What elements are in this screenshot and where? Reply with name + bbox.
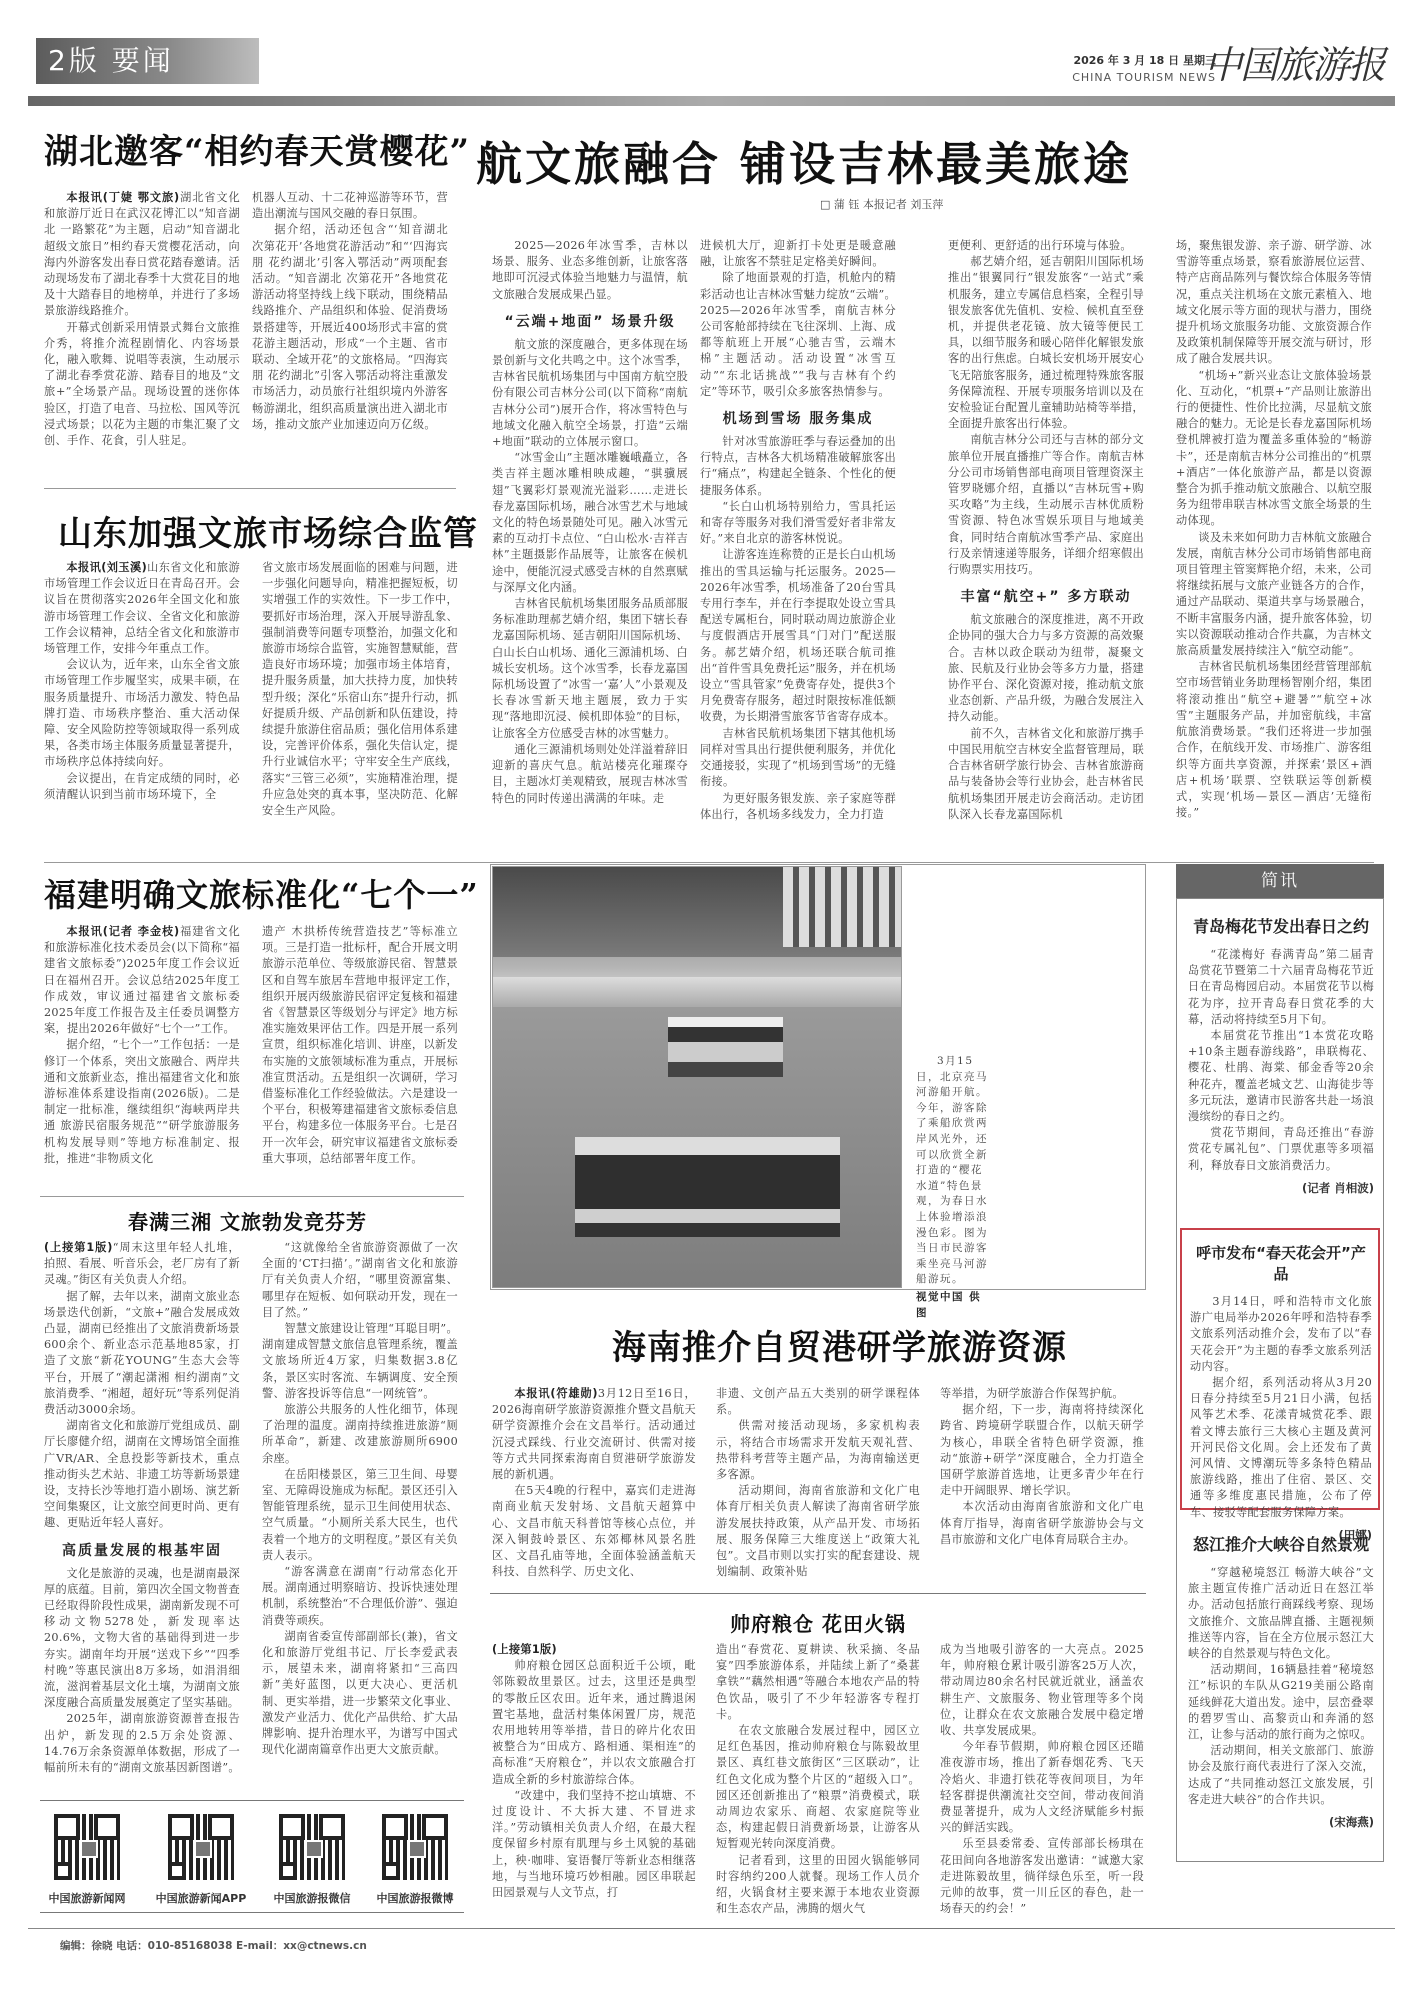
- paragraph: (上接第1版): [492, 1642, 696, 1658]
- paragraph: 记者看到，这里的田园火锅能够同时容纳约200人就餐。现场工作人员介绍，火锅食材主…: [716, 1853, 920, 1918]
- english-name: CHINA TOURISM NEWS: [1072, 71, 1216, 84]
- paragraph: 在农文旅融合发展过程中，园区立足红色基因，推动帅府粮仓与陈毅故里景区、真红巷文旅…: [716, 1723, 920, 1853]
- paragraph: “长白山机场特别给力，雪具托运和寄存等服务对我们滑雪爱好者非常友好。”来自北京的…: [700, 499, 896, 548]
- paragraph: 为更好服务银发族、亲子家庭等群体出行，各机场多线发力，全力打造: [700, 791, 896, 823]
- headline-shandong: 山东加强文旅市场综合监管: [58, 506, 478, 555]
- paragraph: 机器人互动、十二花神巡游等环节，营造出潮流与国风交融的春日氛围。: [252, 190, 448, 222]
- caption-text: 3月15日，北京亮马河游船开航。今年，游客除了乘船欣赏两岸风光外，还可以欣赏全新…: [916, 1054, 992, 1288]
- qr-website[interactable]: 中国旅游新闻网: [42, 1812, 132, 1906]
- paragraph: 据介绍，下一步，海南将持续深化跨省、跨境研学联盟合作，以航天研学为核心，串联全省…: [940, 1402, 1144, 1499]
- fujian-col-1: 本报讯(记者 李金枝)福建省文化和旅游标准化技术委员会(以下简称“福建省文旅标委…: [44, 924, 240, 1167]
- paragraph: 针对冰雪旅游旺季与春运叠加的出行特点，吉林各大机场精准破解旅客出行“痛点”，构建…: [700, 434, 896, 499]
- subheading: 机场到雪场 服务集成: [700, 408, 896, 428]
- paragraph: 让游客连连称赞的正是长白山机场推出的雪具运输与托运服务。2025—2026年冰雪…: [700, 547, 896, 725]
- paragraph: 吉林省民航机场集团经营管理部航空市场营销业务助理杨智刚介绍，集团将滚动推出“航空…: [1176, 659, 1372, 821]
- paragraph: 南航吉林分公司还与吉林的部分文旅单位开展直播推广等合作。南航吉林分公司市场销售部…: [948, 432, 1144, 578]
- lead-tag: (上接第1版): [44, 1241, 113, 1254]
- lead-tag: 本报讯(符雄勋): [514, 1387, 597, 1400]
- paragraph: 遗产 木拱桥传统营造技艺”等标准立项。三是打造一批标杆，配合开展文明旅游示范单位…: [262, 924, 458, 1167]
- paragraph: “这就像给全省旅游资源做了一次全面的‘CT扫描’。”湖南省文化和旅游厅有关负责人…: [262, 1240, 458, 1321]
- divider: [44, 862, 1374, 863]
- paragraph: 据介绍，系列活动将从3月20日春分持续至5月21日小满，包括风筝艺术季、花漾青城…: [1190, 1375, 1372, 1521]
- paragraph: 航文旅融合的深度推进，离不开政企协同的强大合力与多方资源的高效聚合。吉林以政企联…: [948, 612, 1144, 725]
- paragraph: 会议认为，近年来，山东全省文旅市场管理工作步履坚实，成果丰硕，在服务质量提升、市…: [44, 657, 240, 770]
- paragraph: 在5天4晚的行程中，嘉宾们走进海南商业航天发射场、文昌航天超算中心、文昌市航天科…: [492, 1483, 696, 1580]
- footer-editor-info: 编辑：徐晓 电话：010-85168038 E-mail：xx@ctnews.c…: [60, 1938, 367, 1953]
- divider: [40, 1196, 464, 1197]
- paragraph: “改建中，我们坚持不挖山填塘、不过度设计、不大拆大建、不冒进求洋。”劳动镇相关负…: [492, 1788, 696, 1901]
- shuaifu-col-2: 造出“春赏花、夏耕读、秋采摘、冬品宴”四季旅游体系，并陆续上新了“桑葚拿铁”“藕…: [716, 1642, 920, 1917]
- paragraph: 谈及未来如何助力吉林航文旅融合发展，南航吉林分公司市场销售部电商项目管理主管窦辉…: [1176, 530, 1372, 660]
- headline-hainan: 海南推介自贸港研学旅游资源: [612, 1320, 1067, 1369]
- photo-credit: 视觉中国 供图: [916, 1290, 992, 1321]
- shandong-col-1: 本报讯(刘玉溪)山东省文化和旅游市场管理工作会议近日在青岛召开。会议旨在贯彻落实…: [44, 560, 240, 803]
- paragraph: 活动期间，相关文旅部门、旅游协会及旅行商代表进行了深入交流，达成了“共同推动怒江…: [1188, 1743, 1374, 1808]
- lead-tag: (上接第1版): [492, 1643, 557, 1656]
- paragraph: 湖南省文化和旅游厅党组成员、副厅长廖健介绍，湖南在文博场馆全面推广VR/AR、全…: [44, 1418, 240, 1531]
- paragraph: 活动期间，海南省旅游和文化广电体育厅相关负责人解读了海南省研学旅游发展扶持政策，…: [716, 1483, 920, 1580]
- qr-label: 中国旅游新闻网: [42, 1890, 132, 1906]
- lead-tag: 本报讯(记者 李金枝): [66, 925, 179, 938]
- paragraph: 今年春节假期，帅府粮仓园区还瞄准夜游市场，推出了新春烟花秀、飞天冷焰火、非遗打铁…: [940, 1739, 1144, 1836]
- hunan-col-1: (上接第1版)“周末这里年轻人扎堆，拍照、看展、听音乐会，老厂房有了新灵魂。”街…: [44, 1240, 240, 1776]
- paragraph: 赏花节期间，青岛还推出“春游赏花专属礼包”、门票优惠等多项福利，释放春日文旅消费…: [1188, 1125, 1374, 1174]
- briefs-header: 简讯: [1176, 864, 1384, 898]
- paragraph: 文化是旅游的灵魂，也是湖南最深厚的底蕴。目前，第四次全国文物普查已经取得阶段性成…: [44, 1566, 240, 1712]
- paragraph: 通化三源浦机场则处处洋溢着辞旧迎新的喜庆气息。航站楼亮化璀璨夺目，主题冰灯美观精…: [492, 742, 688, 807]
- headline-fujian: 福建明确文旅标准化“七个一”: [44, 870, 479, 916]
- paragraph: 造出“春赏花、夏耕读、秋采摘、冬品宴”四季旅游体系，并陆续上新了“桑葚拿铁”“藕…: [716, 1642, 920, 1723]
- headline-shuaifu: 帅府粮仓 花田火锅: [730, 1608, 906, 1637]
- paragraph: 本报讯(丁婕 鄂文旅)湖北省文化和旅游厅近日在武汉花博汇以“知音湖北 一路繁花”…: [44, 190, 240, 320]
- paragraph: 2025—2026年冰雪季，吉林以场景、服务、业态多维创新，让旅客落地即可沉浸式…: [492, 238, 688, 303]
- photo-caption: 3月15日，北京亮马河游船开航。今年，游客除了乘船欣赏两岸风光外，还可以欣赏全新…: [916, 1054, 992, 1321]
- paragraph: 3月14日，呼和浩特市文化旅游广电局举办2026年呼和浩特春季文旅系列活动推介会…: [1190, 1294, 1372, 1375]
- hainan-col-1: 本报讯(符雄勋)3月12日至16日，2026海南研学旅游资源推介暨文昌航天研学资…: [492, 1386, 696, 1580]
- paragraph: 本报讯(符雄勋)3月12日至16日，2026海南研学旅游资源推介暨文昌航天研学资…: [492, 1386, 696, 1483]
- qr-label: 中国旅游报微信: [262, 1890, 362, 1906]
- paragraph: 会议提出，在肯定成绩的同时，必须清醒认识到当前市场环境下，全: [44, 771, 240, 803]
- subheading: “云端+地面” 场景升级: [492, 311, 688, 331]
- hunan-col-2: “这就像给全省旅游资源做了一次全面的‘CT扫描’。”湖南省文化和旅游厅有关负责人…: [262, 1240, 458, 1759]
- paragraph: 本报讯(刘玉溪)山东省文化和旅游市场管理工作会议近日在青岛召开。会议旨在贯彻落实…: [44, 560, 240, 657]
- paragraph: 本报讯(记者 李金枝)福建省文化和旅游标准化技术委员会(以下简称“福建省文旅标委…: [44, 924, 240, 1037]
- shandong-col-2: 省文旅市场发展面临的困难与问题，进一步强化问题导向，精准把握短板，切实增强工作的…: [262, 560, 458, 819]
- paragraph: 非遗、文创产品五大类别的研学课程体系。: [716, 1386, 920, 1418]
- newspaper-logo: 中国旅游报: [1204, 34, 1384, 89]
- headline-hunan: 春满三湘 文旅勃发竞芬芳: [128, 1206, 367, 1235]
- hainan-col-3: 等举措，为研学旅游合作保驾护航。 据介绍，下一步，海南将持续深化跨省、跨境研学联…: [940, 1386, 1144, 1548]
- paragraph: 成为当地吸引游客的一大亮点。2025年，帅府粮仓累计吸引游客25万人次，带动周边…: [940, 1642, 1144, 1739]
- brief-byline: (记者 肖相波): [1188, 1180, 1374, 1196]
- paragraph: 场，聚焦银发游、亲子游、研学游、冰雪游等重点场景，察看旅游展位运营、特产店商品陈…: [1176, 238, 1372, 368]
- fujian-col-2: 遗产 木拱桥传统营造技艺”等标准立项。三是打造一批标杆，配合开展文明旅游示范单位…: [262, 924, 458, 1167]
- paragraph: 湖南省委宣传部副部长(兼)，省文化和旅游厅党组书记、厅长李爱武表示，展望未来，湖…: [262, 1629, 458, 1759]
- paragraph: 更便利、更舒适的出行环境与体验。: [948, 238, 1144, 254]
- qr-app[interactable]: 中国旅游新闻APP: [146, 1812, 256, 1906]
- paragraph: 在岳阳楼景区，第三卫生间、母婴室、无障碍设施成为标配。景区还引入智能管理系统，显…: [262, 1467, 458, 1564]
- qr-weibo[interactable]: 中国旅游报微博: [366, 1812, 464, 1906]
- masthead-bar: [28, 96, 1395, 106]
- divider: [490, 1593, 1146, 1594]
- qr-code-icon: [166, 1812, 236, 1882]
- divider: [480, 1928, 1180, 1929]
- qr-wechat[interactable]: 中国旅游报微信: [262, 1812, 362, 1906]
- paragraph: 乐至县委常委、宣传部部长杨琪在花田间向各地游客发出邀请：“诚邀大家走进陈毅故里，…: [940, 1836, 1144, 1917]
- boat-far: [668, 1017, 783, 1077]
- paragraph: 开幕式创新采用情景式舞台文旅推介秀，将推介流程剧情化、内容场景化，融入歌舞、说唱…: [44, 320, 240, 450]
- paragraph: 本次活动由海南省旅游和文化广电体育厅指导，海南省研学旅游协会与文昌市旅游和文化广…: [940, 1499, 1144, 1548]
- paragraph: “穿越秘境怒江 畅游大峡谷”文旅主题宣传推广活动近日在怒江举办。活动包括旅行商踩…: [1188, 1565, 1374, 1662]
- jilin-col-1: 2025—2026年冰雪季，吉林以场景、服务、业态多维创新，让旅客落地即可沉浸式…: [492, 238, 688, 807]
- qr-label: 中国旅游新闻APP: [146, 1890, 256, 1906]
- brief-byline: (宋海燕): [1188, 1814, 1374, 1830]
- lead-tag: 本报讯(刘玉溪): [66, 561, 147, 574]
- section-tag: 2版 要闻: [36, 38, 259, 84]
- subheading: 丰富“航空+” 多方联动: [948, 586, 1144, 606]
- hubei-col-2: 机器人互动、十二花神巡游等环节，营造出潮流与国风交融的春日氛围。 据介绍，活动还…: [252, 190, 448, 433]
- paragraph: 郝艺婧介绍，延吉朝阳川国际机场推出“银翼同行”银发旅客“一站式”乘机服务，建立专…: [948, 254, 1144, 432]
- shuaifu-col-1: (上接第1版) 帅府粮仓园区总面积近千公顷，毗邻陈毅故里景区。过去，这里还是典型…: [492, 1642, 696, 1901]
- paragraph: 本届赏花节推出“1本赏花攻略+10条主题春游线路”，串联梅花、樱花、杜鹃、海棠、…: [1188, 1028, 1374, 1125]
- brief-title: 呼市发布“春天花会开”产品: [1190, 1242, 1372, 1284]
- paragraph: 2025年，湖南旅游资源普查报告出炉，新发现的2.5万余处资源、14.76万余条…: [44, 1711, 240, 1776]
- brief-qingdao: 青岛梅花节发出春日之约 “花漾梅好 春满青岛”第二届青岛赏花节暨第二十六届青岛梅…: [1188, 906, 1374, 1196]
- jilin-col-2: 进候机大厅，迎新打卡处更是暖意融融，让旅客不禁驻足定格美好瞬间。除了地面景观的打…: [700, 238, 896, 823]
- paragraph: “游客满意在湖南”行动常态化开展。湖南通过明察暗访、投诉快速处理机制，系统整治“…: [262, 1564, 458, 1629]
- divider: [44, 488, 456, 489]
- paragraph: “机场+”新兴业态让文旅体验场景化、互动化，“机票+”产品则让旅游出行的便捷性、…: [1176, 368, 1372, 530]
- brief-title: 怒江推介大峡谷自然景观: [1188, 1532, 1374, 1555]
- paragraph: 帅府粮仓园区总面积近千公顷，毗邻陈毅故里景区。过去，这里还是典型的零散丘区农田。…: [492, 1658, 696, 1788]
- paragraph: 进候机大厅，迎新打卡处更是暖意融融，让旅客不禁驻足定格美好瞬间。: [700, 238, 896, 270]
- paragraph: 吉林省民航机场集团服务品质部服务标准助理郝艺婧介绍，集团下辖长春龙嘉国际机场、延…: [492, 596, 688, 742]
- hainan-col-2: 非遗、文创产品五大类别的研学课程体系。 供需对接活动现场，多家机构表示，将结合市…: [716, 1386, 920, 1580]
- byline-jilin: □ 蒲 钰 本报记者 刘玉萍: [820, 196, 943, 212]
- shuaifu-col-3: 成为当地吸引游客的一大亮点。2025年，帅府粮仓累计吸引游客25万人次，带动周边…: [940, 1642, 1144, 1917]
- paragraph: 吉林省民航机场集团下辖其他机场同样对雪具出行提供便利服务，并优化交通接驳，实现了…: [700, 726, 896, 791]
- paragraph: “花漾梅好 春满青岛”第二届青岛赏花节暨第二十六届青岛梅花节近日在青岛梅园启动。…: [1188, 947, 1374, 1028]
- qr-label: 中国旅游报微博: [366, 1890, 464, 1906]
- boat-near: [575, 1137, 840, 1237]
- divider: [40, 1912, 464, 1913]
- qr-code-icon: [277, 1812, 347, 1882]
- subheading: 高质量发展的根基牢固: [44, 1540, 240, 1560]
- paragraph: 前不久，吉林省文化和旅游厅携手中国民用航空吉林安全监督管理局，联合吉林省研学旅行…: [948, 726, 1144, 823]
- qr-code-icon: [52, 1812, 122, 1882]
- paragraph: 据介绍，“七个一”工作包括：一是修订一个体系，突出文旅融合、两岸共通和文旅新业态…: [44, 1037, 240, 1167]
- brief-nujiang: 怒江推介大峡谷自然景观 “穿越秘境怒江 畅游大峡谷”文旅主题宣传推广活动近日在怒…: [1188, 1524, 1374, 1830]
- headline-hubei: 湖北邀客“相约春天赏樱花”: [44, 124, 470, 173]
- paragraph: “冰雪金山”主题冰雕巍峨矗立，各类吉祥主题冰雕相映成趣，“骐骥展翅”飞翼彩灯景观…: [492, 450, 688, 596]
- paragraph: (上接第1版)“周末这里年轻人扎堆，拍照、看展、听音乐会，老厂房有了新灵魂。”街…: [44, 1240, 240, 1289]
- paragraph: 活动期间，16辆悬挂着“秘境怒江”标识的车队从G219美丽公路南延线鲜花大道出发…: [1188, 1662, 1374, 1743]
- brief-title: 青岛梅花节发出春日之约: [1188, 914, 1374, 937]
- qr-code-icon: [380, 1812, 450, 1882]
- brief-huhhot: 呼市发布“春天花会开”产品 3月14日，呼和浩特市文化旅游广电局举办2026年呼…: [1190, 1236, 1372, 1543]
- paragraph: 除了地面景观的打造，机舱内的精彩活动也让吉林冰雪魅力绽放“云端”。2025—20…: [700, 270, 896, 400]
- lead-tag: 本报讯(丁婕 鄂文旅): [66, 191, 179, 204]
- jilin-col-3: 更便利、更舒适的出行环境与体验。郝艺婧介绍，延吉朝阳川国际机场推出“银翼同行”银…: [948, 238, 1144, 823]
- photo-liangma-river-boats: [492, 866, 902, 1288]
- divider: [40, 1800, 464, 1801]
- paragraph: 省文旅市场发展面临的困难与问题，进一步强化问题导向，精准把握短板，切实增强工作的…: [262, 560, 458, 819]
- hubei-col-1: 本报讯(丁婕 鄂文旅)湖北省文化和旅游厅近日在武汉花博汇以“知音湖北 一路繁花”…: [44, 190, 240, 449]
- paragraph: 据了解，去年以来，湖南文旅业态场景迭代创新，“文旅+”融合发展成效凸显，湖南已经…: [44, 1289, 240, 1419]
- jilin-col-4: 场，聚焦银发游、亲子游、研学游、冰雪游等重点场景，察看旅游展位运营、特产店商品陈…: [1176, 238, 1372, 821]
- paragraph: 旅游公共服务的人性化细节，体现了治理的温度。湖南持续推进旅游“厕所革命”，新建、…: [262, 1402, 458, 1467]
- issue-date: 2026 年 3 月 18 日 星期三: [1073, 52, 1216, 68]
- paragraph: 据介绍，活动还包含“‘知音湖北 次第花开’各地赏花游活动”和“‘四海宾朋 花约湖…: [252, 222, 448, 433]
- paragraph: 智慧文旅建设让管理“耳聪目明”。湖南建成智慧文旅信息管理系统，覆盖文旅场所近4万…: [262, 1321, 458, 1402]
- headline-jilin: 航文旅融合 铺设吉林最美旅途: [476, 128, 1132, 194]
- paragraph: 等举措，为研学旅游合作保驾护航。: [940, 1386, 1144, 1402]
- paragraph: 航文旅的深度融合，更多体现在场景创新与文化共鸣之中。这个冰雪季，吉林省民航机场集…: [492, 337, 688, 450]
- paragraph: 供需对接活动现场，多家机构表示，将结合市场需求开发航天观礼营、热带科考营等主题产…: [716, 1418, 920, 1483]
